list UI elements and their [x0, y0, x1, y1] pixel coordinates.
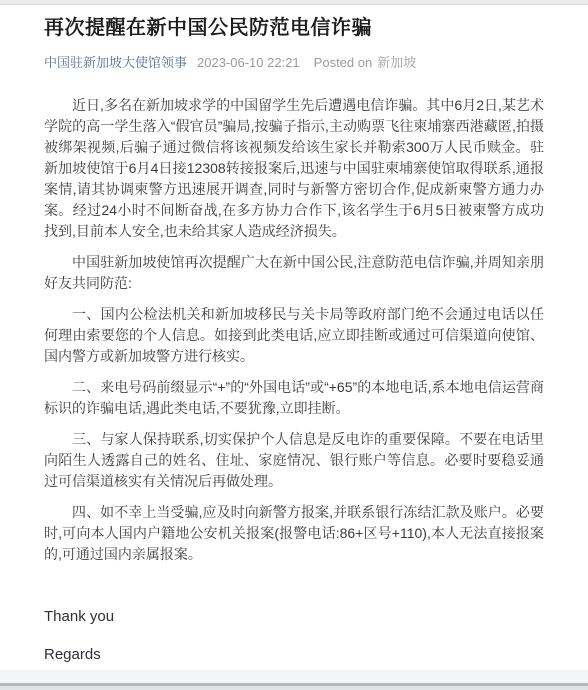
bottom-edge-base [0, 686, 588, 690]
paragraph-tip-3: 三、与家人保持联系,切实保护个人信息是反电诈的重要保障。不要在电话里向陌生人透露… [44, 429, 544, 492]
bottom-edge-strip [0, 670, 588, 683]
closing-regards: Regards [44, 644, 544, 665]
account-name-link[interactable]: 中国驻新加坡大使馆领事 [44, 55, 187, 70]
article-body: 近日,多名在新加坡求学的中国留学生先后遭遇电信诈骗。其中6月2日,某艺术学院的高… [44, 95, 544, 565]
window-top-edge [0, 0, 588, 5]
article-title: 再次提醒在新中国公民防范电信诈骗 [44, 14, 544, 42]
paragraph-tip-2: 二、来电号码前缀显示“+”的“外国电话”或“+65”的本地电话,系本地电信运营商… [44, 377, 544, 419]
posted-location: 新加坡 [377, 55, 416, 70]
paragraph-reminder: 中国驻新加坡使馆再次提醒广大在新中国公民,注意防范电信诈骗,并周知亲朋好友共同防… [44, 252, 544, 294]
article-page: 再次提醒在新中国公民防范电信诈骗 中国驻新加坡大使馆领事2023-06-10 2… [0, 14, 588, 665]
paragraph-tip-4: 四、如不幸上当受骗,应及时向新警方报案,并联系银行冻结汇款及账户。必要时,可向本… [44, 502, 544, 565]
byline: 中国驻新加坡大使馆领事2023-06-10 22:21Posted on新加坡 [44, 54, 544, 72]
publish-datetime: 2023-06-10 22:21 [197, 55, 300, 70]
window-bottom-edge [0, 670, 588, 690]
paragraph-tip-1: 一、国内公检法机关和新加坡移民与关卡局等政府部门绝不会通过电话以任何理由索要您的… [44, 304, 544, 367]
posted-on-label: Posted on [314, 55, 373, 70]
paragraph-intro: 近日,多名在新加坡求学的中国留学生先后遭遇电信诈骗。其中6月2日,某艺术学院的高… [44, 95, 544, 242]
closing-thank-you: Thank you [44, 606, 544, 627]
